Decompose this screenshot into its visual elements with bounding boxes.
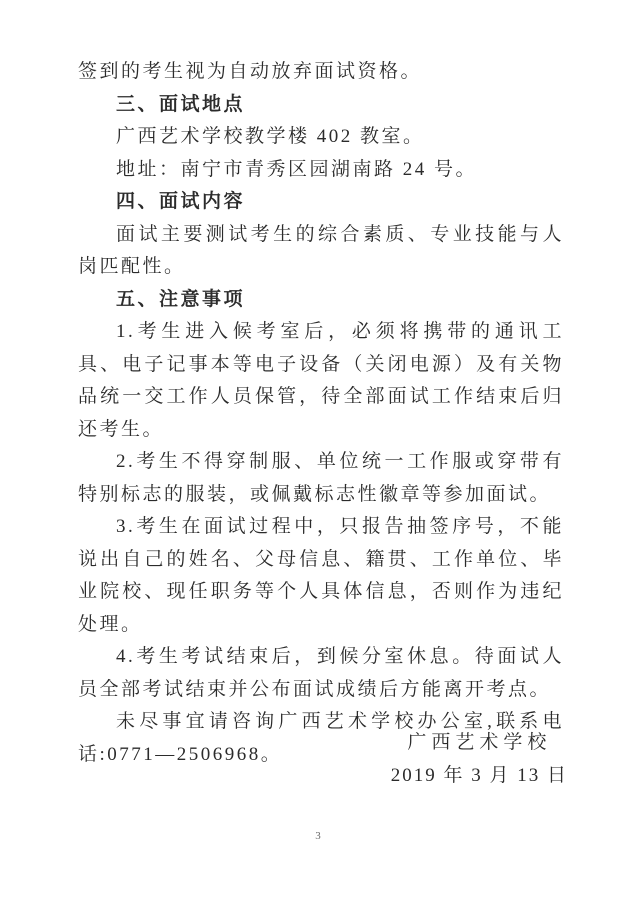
section-3-paragraph-address: 地址：南宁市青秀区园湖南路 24 号。 [78,154,564,187]
document-body: 签到的考生视为自动放弃面试资格。 三、面试地点 广西艺术学校教学楼 402 教室… [78,56,564,771]
section-4-paragraph-content: 面试主要测试考生的综合素质、专业技能与人岗匹配性。 [78,219,564,284]
section-3-paragraph-location: 广西艺术学校教学楼 402 教室。 [78,121,564,154]
notice-item-4: 4.考生考试结束后，到候分室休息。待面试人员全部考试结束并公布面试成绩后方能离开… [78,641,564,706]
notice-item-1: 1.考生进入候考室后，必须将携带的通讯工具、电子记事本等电子设备（关闭电源）及有… [78,316,564,446]
signature-block: 广西艺术学校 2019 年 3 月 13 日 [391,726,568,792]
page-number: 3 [315,830,321,842]
signature-organization: 广西艺术学校 [391,726,568,759]
section-3-heading: 三、面试地点 [78,89,564,122]
section-5-heading: 五、注意事项 [78,284,564,317]
signature-date: 2019 年 3 月 13 日 [391,759,568,792]
document-page: 签到的考生视为自动放弃面试资格。 三、面试地点 广西艺术学校教学楼 402 教室… [0,0,636,900]
section-4-heading: 四、面试内容 [78,186,564,219]
notice-item-2: 2.考生不得穿制服、单位统一工作服或穿带有特别标志的服装，或佩戴标志性徽章等参加… [78,446,564,511]
continuation-line: 签到的考生视为自动放弃面试资格。 [78,56,564,89]
notice-item-3: 3.考生在面试过程中，只报告抽签序号，不能说出自己的姓名、父母信息、籍贯、工作单… [78,511,564,641]
